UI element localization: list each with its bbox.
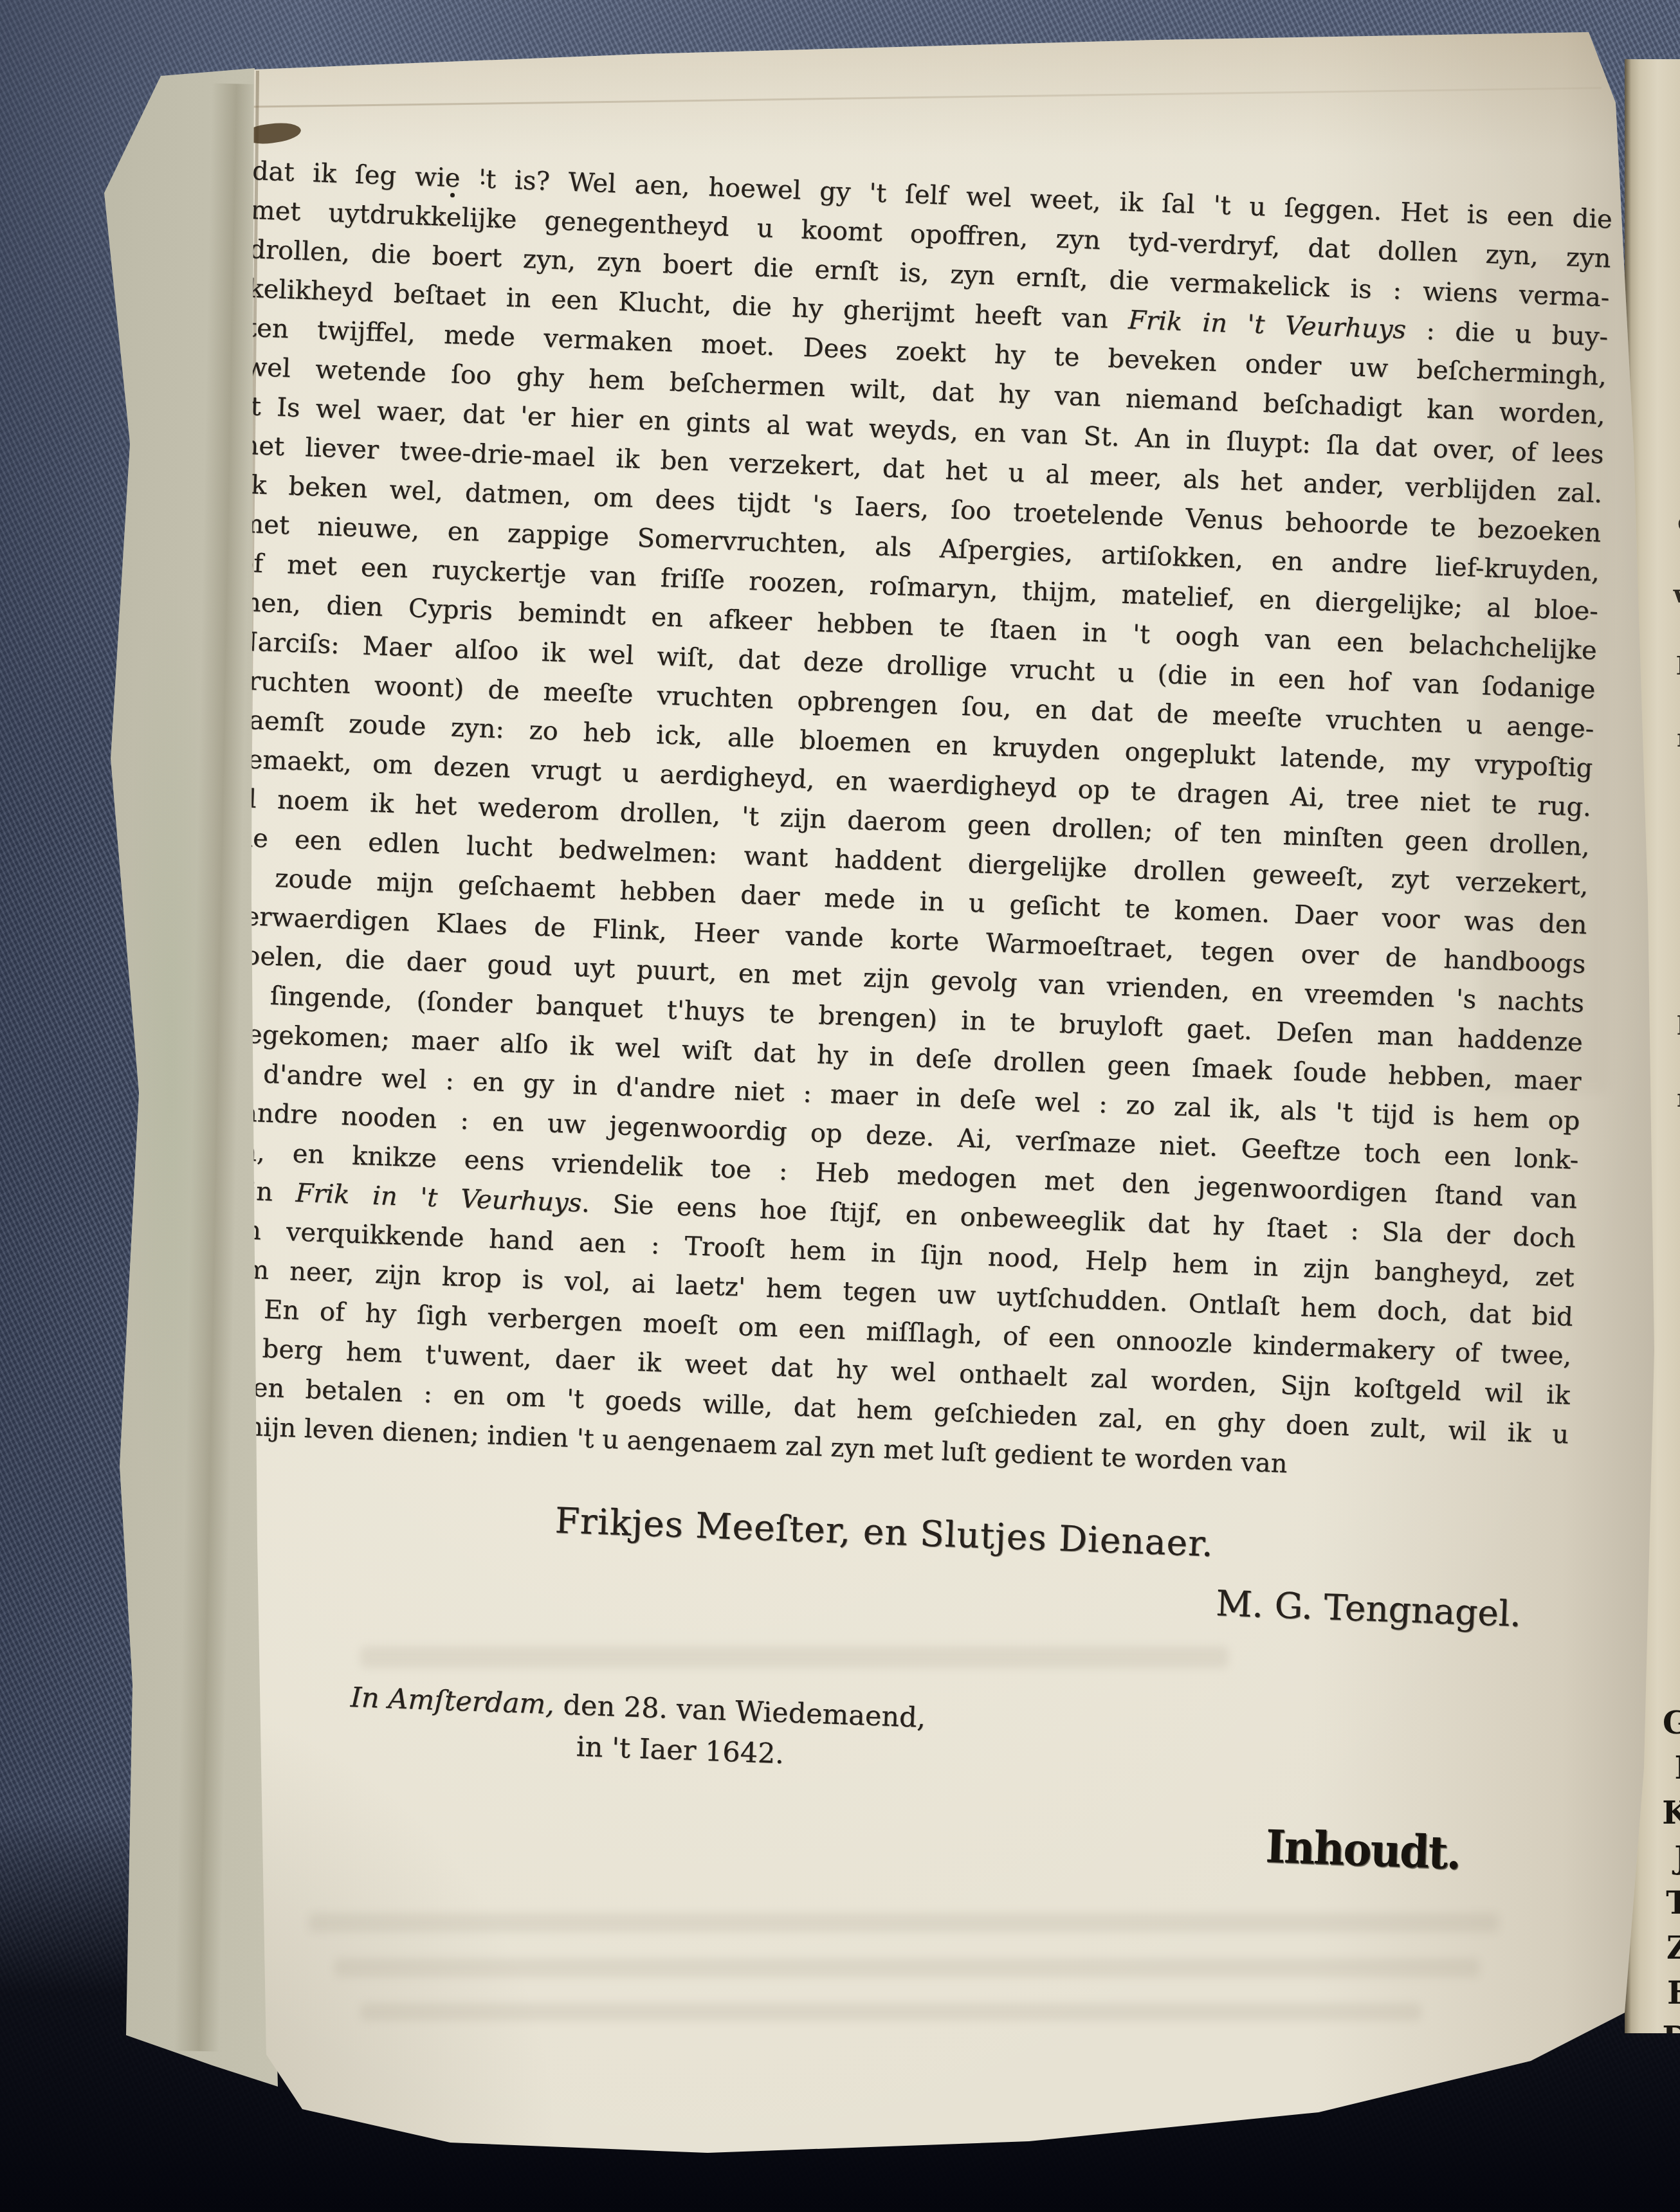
edge-capital-letter: J	[1644, 1840, 1680, 1885]
edge-glyph: n	[1650, 723, 1680, 795]
edge-glyph: t	[1650, 939, 1680, 1011]
edge-glyph: ſ	[1650, 867, 1680, 939]
edge-capital-letters: GIKJTZFDM	[1640, 1705, 1680, 2033]
preface-text: dat ik ſeg wie 't is? Wel aen, hoewel gy…	[206, 152, 1613, 1494]
edge-capital-letter: K	[1644, 1795, 1680, 1840]
edge-glyph: h	[1650, 1011, 1680, 1083]
edge-capital-letter: Z	[1644, 1930, 1680, 1975]
edge-glyph: n	[1650, 1083, 1680, 1155]
edge-glyph: ſ	[1650, 291, 1680, 363]
photo-scene: ſ(tdwEnlſthn GIKJTZFDM dat ik ſeg wie 't…	[0, 0, 1680, 2212]
edge-glyph: d	[1650, 507, 1680, 579]
leaf-edge-tint	[122, 579, 219, 1543]
edge-capital-letter: F	[1644, 1975, 1680, 2020]
author-name: M. G. Tengnagel.	[1215, 1582, 1522, 1635]
edge-glyph: t	[1650, 435, 1680, 507]
date-block: In Amſterdam, den 28. van Wiedemaend, in…	[349, 1682, 1013, 1779]
edge-glyph: l	[1650, 795, 1680, 867]
edge-glyph: w	[1650, 579, 1680, 651]
edge-glyph: (	[1650, 363, 1680, 435]
edge-capital-letter: T	[1644, 1885, 1680, 1930]
section-heading-inhoudt: Inhoudt.	[1265, 1820, 1461, 1880]
edge-capital-letter: G	[1644, 1705, 1680, 1750]
edge-capital-letter: I	[1644, 1750, 1680, 1795]
edge-glyph: E	[1650, 651, 1680, 723]
text-block: dat ik ſeg wie 't is? Wel aen, hoewel gy…	[186, 152, 1612, 2064]
signature-line: Frikjes Meeſter, en Slutjes Dienaer.	[203, 1487, 1565, 1577]
edge-capital-letter: D	[1644, 2020, 1680, 2033]
